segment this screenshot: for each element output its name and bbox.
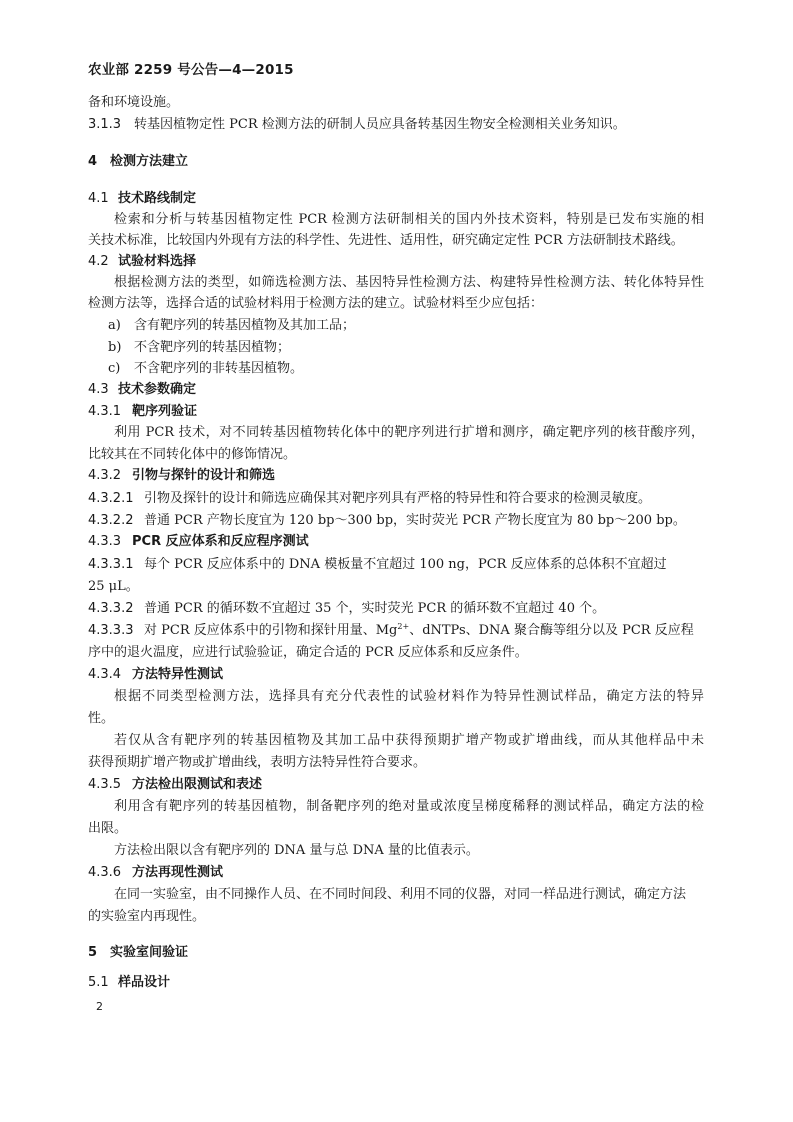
section-title: 试验材料选择	[118, 254, 196, 269]
section-4-3-1-heading: 4.3.1靶序列验证	[88, 403, 197, 421]
paragraph: 获得预期扩增产物或扩增曲线，表明方法特异性符合要求。	[88, 754, 426, 772]
section-4-2-heading: 4.2试验材料选择	[88, 253, 196, 271]
clause-3-1-3: 3.1.3转基因植物定性 PCR 检测方法的研制人员应具备转基因生物安全检测相关…	[88, 116, 626, 134]
section-title: PCR 反应体系和反应程序测试	[132, 534, 309, 549]
clause-number: 4.3.3.3	[88, 622, 144, 640]
paragraph: 根据不同类型检测方法，选择具有充分代表性的试验材料作为特异性测试样品，确定方法的…	[88, 688, 704, 706]
section-number: 4.3.2	[88, 467, 132, 485]
section-title: 实验室间验证	[110, 945, 188, 960]
paragraph: 根据检测方法的类型，如筛选检测方法、基因特异性检测方法、构建特异性检测方法、转化…	[88, 274, 704, 292]
clause-text: 每个 PCR 反应体系中的 DNA 模板量不宜超过 100 ng，PCR 反应体…	[144, 557, 667, 572]
section-title: 靶序列验证	[132, 404, 197, 419]
section-4-3-4-heading: 4.3.4方法特异性测试	[88, 666, 223, 684]
paragraph: 检索和分析与转基因植物定性 PCR 检测方法研制相关的国内外技术资料，特别是已发…	[88, 211, 704, 229]
section-number: 4.2	[88, 253, 118, 271]
paragraph: 的实验室内再现性。	[88, 908, 205, 926]
section-4-3-2-heading: 4.3.2引物与探针的设计和筛选	[88, 467, 275, 485]
list-label: c)	[108, 360, 134, 378]
clause-number: 4.3.3.2	[88, 600, 144, 618]
clause-number: 4.3.2.2	[88, 512, 144, 530]
paragraph: 备和环境设施。	[88, 94, 179, 112]
clause-text: 、dNTPs、DNA 聚合酶等组分以及 PCR 反应程	[409, 623, 694, 638]
paragraph: 序中的退火温度，应进行试验验证，确定合适的 PCR 反应体系和反应条件。	[88, 644, 528, 662]
list-label: a)	[108, 317, 134, 335]
section-title: 技术路线制定	[118, 191, 196, 206]
list-label: b)	[108, 339, 134, 357]
paragraph: 25 μL。	[88, 578, 139, 596]
section-title: 引物与探针的设计和筛选	[132, 468, 275, 483]
paragraph: 若仅从含有靶序列的转基因植物及其加工品中获得预期扩增产物或扩增曲线，而从其他样品…	[88, 732, 704, 750]
list-item: b)不含靶序列的转基因植物；	[88, 339, 290, 357]
clause-4-3-3-2: 4.3.3.2普通 PCR 的循环数不宜超过 35 个，实时荧光 PCR 的循环…	[88, 600, 605, 618]
clause-text: 普通 PCR 的循环数不宜超过 35 个，实时荧光 PCR 的循环数不宜超过 4…	[144, 601, 605, 616]
section-4-3-heading: 4.3技术参数确定	[88, 381, 196, 399]
section-number: 5	[88, 944, 110, 962]
section-4-3-5-heading: 4.3.5方法检出限测试和表述	[88, 776, 262, 794]
clause-4-3-2-2: 4.3.2.2普通 PCR 产物长度宜为 120 bp～300 bp，实时荧光 …	[88, 512, 686, 530]
section-title: 技术参数确定	[118, 382, 196, 397]
paragraph: 利用含有靶序列的转基因植物，制备靶序列的绝对量或浓度呈梯度稀释的测试样品，确定方…	[88, 798, 704, 816]
clause-number: 3.1.3	[88, 116, 134, 134]
section-number: 4.3.4	[88, 666, 132, 684]
paragraph: 出限。	[88, 820, 127, 838]
document-header: 农业部 2259 号公告—4—2015	[88, 58, 294, 78]
section-4-heading: 4检测方法建立	[88, 153, 188, 171]
section-5-1-heading: 5.1样品设计	[88, 974, 170, 992]
clause-text: 转基因植物定性 PCR 检测方法的研制人员应具备转基因生物安全检测相关业务知识。	[134, 117, 626, 132]
section-title: 样品设计	[118, 975, 170, 990]
section-4-1-heading: 4.1技术路线制定	[88, 190, 196, 208]
list-item: c)不含靶序列的非转基因植物。	[88, 360, 303, 378]
section-title: 检测方法建立	[110, 154, 188, 169]
paragraph: 检测方法等，选择合适的试验材料用于检测方法的建立。试验材料至少应包括：	[88, 295, 543, 313]
clause-number: 4.3.3.1	[88, 556, 144, 574]
paragraph: 方法检出限以含有靶序列的 DNA 量与总 DNA 量的比值表示。	[88, 842, 479, 860]
paragraph: 利用 PCR 技术，对不同转基因植物转化体中的靶序列进行扩增和测序，确定靶序列的…	[88, 424, 704, 442]
list-text: 不含靶序列的转基因植物；	[134, 340, 290, 355]
clause-4-3-3-1: 4.3.3.1每个 PCR 反应体系中的 DNA 模板量不宜超过 100 ng，…	[88, 556, 667, 574]
section-number: 4.3.3	[88, 533, 132, 551]
clause-text: 普通 PCR 产物长度宜为 120 bp～300 bp，实时荧光 PCR 产物长…	[144, 513, 686, 528]
paragraph: 比较其在不同转化体中的修饰情况。	[88, 446, 296, 464]
section-4-3-6-heading: 4.3.6方法再现性测试	[88, 864, 223, 882]
clause-4-3-3-3: 4.3.3.3对 PCR 反应体系中的引物和探针用量、Mg2+、dNTPs、DN…	[88, 622, 694, 640]
list-item: a)含有靶序列的转基因植物及其加工品；	[88, 317, 355, 335]
section-number: 4.3.1	[88, 403, 132, 421]
section-title: 方法检出限测试和表述	[132, 777, 262, 792]
section-number: 4.1	[88, 190, 118, 208]
section-title: 方法再现性测试	[132, 865, 223, 880]
section-5-heading: 5实验室间验证	[88, 944, 188, 962]
clause-4-3-2-1: 4.3.2.1引物及探针的设计和筛选应确保其对靶序列具有严格的特异性和符合要求的…	[88, 490, 651, 508]
section-number: 4.3	[88, 381, 118, 399]
list-text: 含有靶序列的转基因植物及其加工品；	[134, 318, 355, 333]
superscript: 2+	[397, 622, 409, 631]
clause-number: 4.3.2.1	[88, 490, 144, 508]
paragraph: 在同一实验室，由不同操作人员、在不同时间段、利用不同的仪器，对同一样品进行测试，…	[88, 886, 686, 904]
page-number: 2	[96, 1000, 103, 1013]
paragraph: 关技术标准，比较国内外现有方法的科学性、先进性、适用性，研究确定定性 PCR 方…	[88, 232, 684, 250]
clause-text: 对 PCR 反应体系中的引物和探针用量、Mg	[144, 623, 397, 638]
section-number: 4.3.5	[88, 776, 132, 794]
list-text: 不含靶序列的非转基因植物。	[134, 361, 303, 376]
section-number: 4	[88, 153, 110, 171]
section-number: 5.1	[88, 974, 118, 992]
section-4-3-3-heading: 4.3.3PCR 反应体系和反应程序测试	[88, 533, 309, 551]
clause-text: 引物及探针的设计和筛选应确保其对靶序列具有严格的特异性和符合要求的检测灵敏度。	[144, 491, 651, 506]
section-number: 4.3.6	[88, 864, 132, 882]
section-title: 方法特异性测试	[132, 667, 223, 682]
paragraph: 性。	[88, 710, 114, 728]
